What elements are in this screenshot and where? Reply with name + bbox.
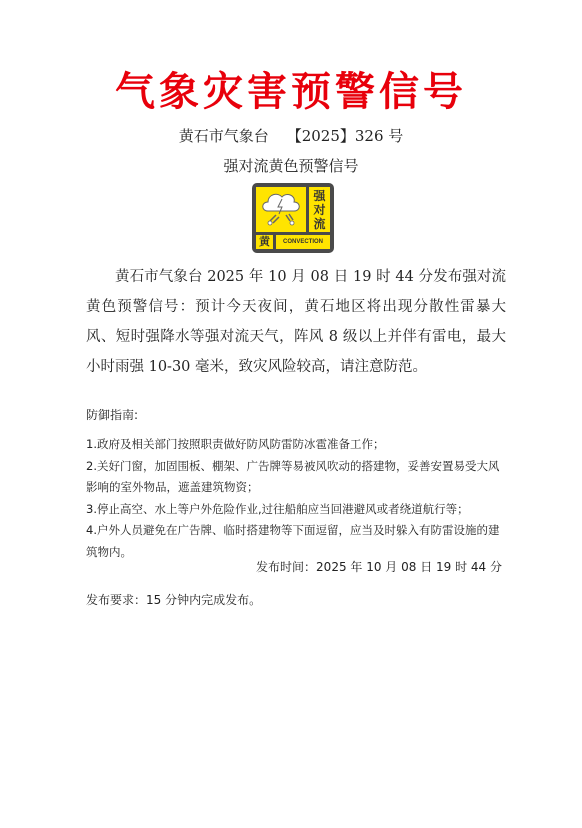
guide-title: 防御指南: — [86, 406, 138, 424]
document-number: 【2025】326 号 — [287, 127, 404, 145]
release-time: 发布时间：2025 年 10 月 08 日 19 时 44 分 — [256, 557, 502, 577]
issuer-line: 黄石市气象台【2025】326 号 — [0, 124, 582, 148]
signal-type-char: 强 — [309, 189, 330, 203]
signal-type-char: 对 — [309, 203, 330, 217]
release-requirement: 发布要求：15 分钟内完成发布。 — [86, 590, 261, 610]
guide-item: 2.关好门窗，加固围板、棚架、广告牌等易被风吹动的搭建物，妥善安置易受大风影响的… — [86, 456, 506, 499]
signal-type-char: 流 — [309, 217, 330, 231]
thunderstorm-cloud-icon — [256, 187, 306, 232]
guide-item: 3.停止高空、水上等户外危险作业,过往船舶应当回港避风或者绕道航行等； — [86, 499, 506, 521]
document-title: 气象灾害预警信号 — [0, 64, 582, 120]
warning-body: 黄石市气象台 2025 年 10 月 08 日 19 时 44 分发布强对流黄色… — [86, 262, 506, 382]
signal-name: 强对流黄色预警信号 — [0, 154, 582, 178]
signal-english-label: CONVECTION — [276, 235, 330, 249]
signal-type-text: 强 对 流 — [309, 187, 330, 232]
signal-level-text: 黄 — [256, 235, 273, 249]
guide-item: 1.政府及相关部门按照职责做好防风防雷防冰雹准备工作； — [86, 434, 506, 456]
convection-yellow-signal-icon: 强 对 流 黄 CONVECTION — [252, 183, 334, 253]
guide-list: 1.政府及相关部门按照职责做好防风防雷防冰雹准备工作； 2.关好门窗，加固围板、… — [86, 434, 506, 563]
issuer-name: 黄石市气象台 — [179, 127, 269, 145]
warning-document: 气象灾害预警信号 黄石市气象台【2025】326 号 强对流黄色预警信号 强 对… — [0, 0, 582, 828]
